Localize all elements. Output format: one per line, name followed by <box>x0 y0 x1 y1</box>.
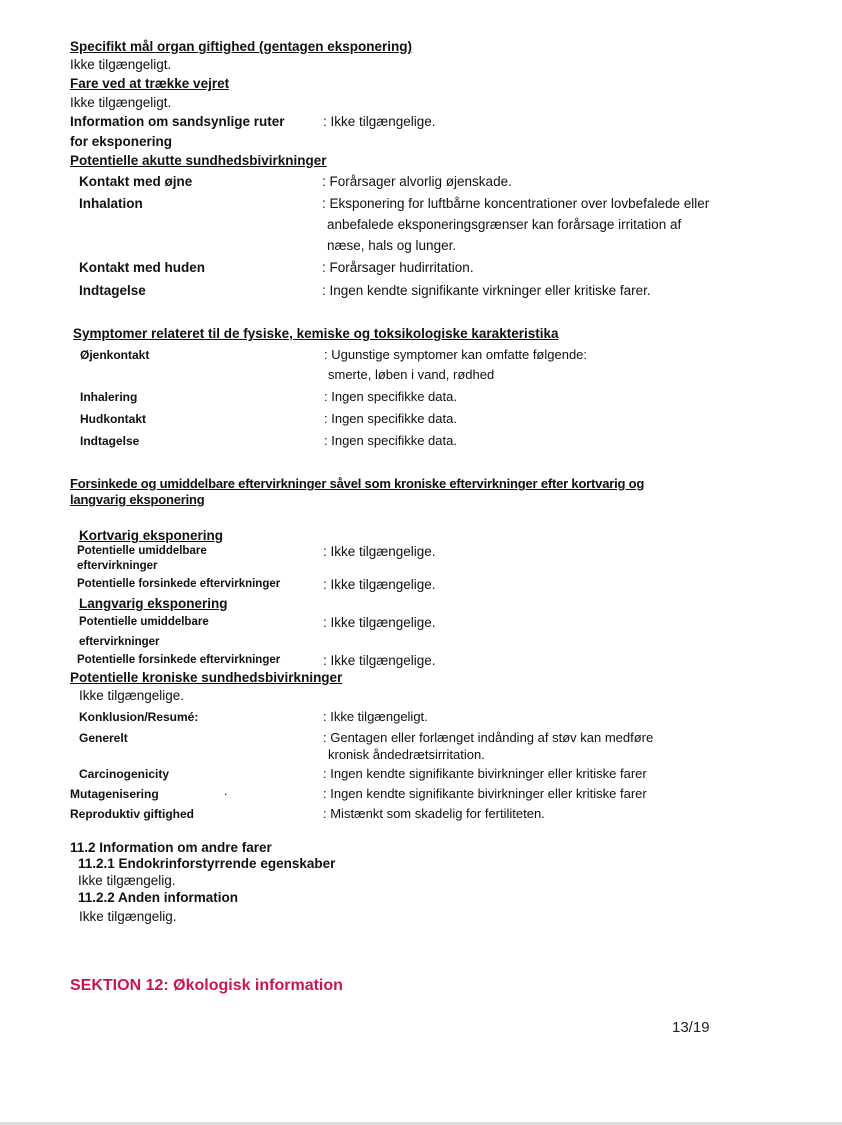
short-term-immediate-label-cont: eftervirkninger <box>77 561 158 573</box>
symptom-row-value: : Ingen specifikke data. <box>324 434 457 447</box>
acute-row-value: : Forårsager hudirritation. <box>322 261 474 275</box>
symptom-row-value: : Ingen specifikke data. <box>324 412 457 425</box>
endocrine-heading: 11.2.1 Endokrinforstyrrende egenskaber <box>78 857 335 871</box>
short-term-immediate-value: : Ikke tilgængelige. <box>323 545 436 559</box>
stray-dot: . <box>224 785 227 797</box>
symptom-row-label: Indtagelse <box>80 435 139 447</box>
long-term-immediate-value: : Ikke tilgængelige. <box>323 616 436 630</box>
routes-value: : Ikke tilgængelige. <box>323 115 436 129</box>
short-term-delayed-label: Potentielle forsinkede eftervirkninger <box>77 579 280 591</box>
symptom-row-value: : Ugunstige symptomer kan omfatte følgen… <box>324 348 587 361</box>
routes-label-line2: for eksponering <box>70 135 172 149</box>
chronic-row-label: Generelt <box>79 732 128 744</box>
chronic-row-value-cont: kronisk åndedrætsirritation. <box>328 748 485 761</box>
chronic-row-value: : Gentagen eller forlænget indånding af … <box>323 731 653 744</box>
symptom-row-label: Hudkontakt <box>80 413 146 425</box>
acute-row-label: Inhalation <box>79 197 143 211</box>
acute-row-label: Kontakt med øjne <box>79 175 192 189</box>
chronic-effects-text: Ikke tilgængelige. <box>79 689 184 703</box>
acute-row-value-cont: anbefalede eksponeringsgrænser kan forår… <box>327 218 681 232</box>
acute-row-label: Indtagelse <box>79 284 146 298</box>
long-term-heading: Langvarig eksponering <box>79 597 228 611</box>
chronic-row-label: Mutagenisering <box>70 788 159 800</box>
acute-row-value: : Eksponering for luftbårne koncentratio… <box>322 197 709 211</box>
repeated-exposure-heading: Specifikt mål organ giftighed (gentagen … <box>70 40 412 54</box>
short-term-delayed-value: : Ikke tilgængelige. <box>323 578 436 592</box>
chronic-row-label: Konklusion/Resumé: <box>79 711 198 723</box>
symptom-row-value: : Ingen specifikke data. <box>324 390 457 403</box>
other-info-text: Ikke tilgængelig. <box>79 910 177 924</box>
other-info-heading: 11.2.2 Anden information <box>78 891 238 905</box>
chronic-effects-heading: Potentielle kroniske sundhedsbivirkninge… <box>70 671 342 685</box>
acute-row-value: : Forårsager alvorlig øjenskade. <box>322 175 512 189</box>
chronic-row-label: Reproduktiv giftighed <box>70 808 194 820</box>
chronic-row-value: : Ingen kendte signifikante bivirkninger… <box>323 787 647 800</box>
short-term-heading: Kortvarig eksponering <box>79 529 223 543</box>
acute-row-value-cont: næse, hals og lunger. <box>327 239 456 253</box>
section-12-title: SEKTION 12: Økologisk information <box>70 978 343 994</box>
acute-row-label: Kontakt med huden <box>79 261 205 275</box>
symptoms-heading: Symptomer relateret til de fysiske, kemi… <box>73 327 558 341</box>
symptom-row-label: Inhalering <box>80 391 137 403</box>
long-term-immediate-label-cont: eftervirkninger <box>79 637 160 649</box>
chronic-row-value: : Ikke tilgængeligt. <box>323 710 428 723</box>
delayed-effects-heading-line2: langvarig eksponering <box>70 493 205 506</box>
acute-effects-heading: Potentielle akutte sundhedsbivirkninger <box>70 154 327 168</box>
short-term-immediate-label: Potentielle umiddelbare <box>77 546 207 558</box>
long-term-immediate-label: Potentielle umiddelbare <box>79 617 209 629</box>
repeated-exposure-text: Ikke tilgængeligt. <box>70 58 171 72</box>
page-number: 13/19 <box>672 1020 710 1035</box>
chronic-row-value: : Ingen kendte signifikante bivirkninger… <box>323 767 647 780</box>
chronic-row-value: : Mistænkt som skadelig for fertiliteten… <box>323 807 545 820</box>
chronic-row-label: Carcinogenicity <box>79 768 169 780</box>
routes-label-line1: Information om sandsynlige ruter <box>70 115 285 129</box>
aspiration-text: Ikke tilgængeligt. <box>70 96 171 110</box>
aspiration-heading: Fare ved at trække vejret <box>70 77 229 91</box>
symptom-row-value-cont: smerte, løben i vand, rødhed <box>328 368 494 381</box>
acute-row-value: : Ingen kendte signifikante virkninger e… <box>322 284 651 298</box>
long-term-delayed-value: : Ikke tilgængelige. <box>323 654 436 668</box>
endocrine-text: Ikke tilgængelig. <box>78 874 176 888</box>
symptom-row-label: Øjenkontakt <box>80 349 149 361</box>
other-hazards-heading: 11.2 Information om andre farer <box>70 841 272 855</box>
long-term-delayed-label: Potentielle forsinkede eftervirkninger <box>77 655 280 667</box>
delayed-effects-heading-line1: Forsinkede og umiddelbare eftervirkninge… <box>70 477 644 490</box>
